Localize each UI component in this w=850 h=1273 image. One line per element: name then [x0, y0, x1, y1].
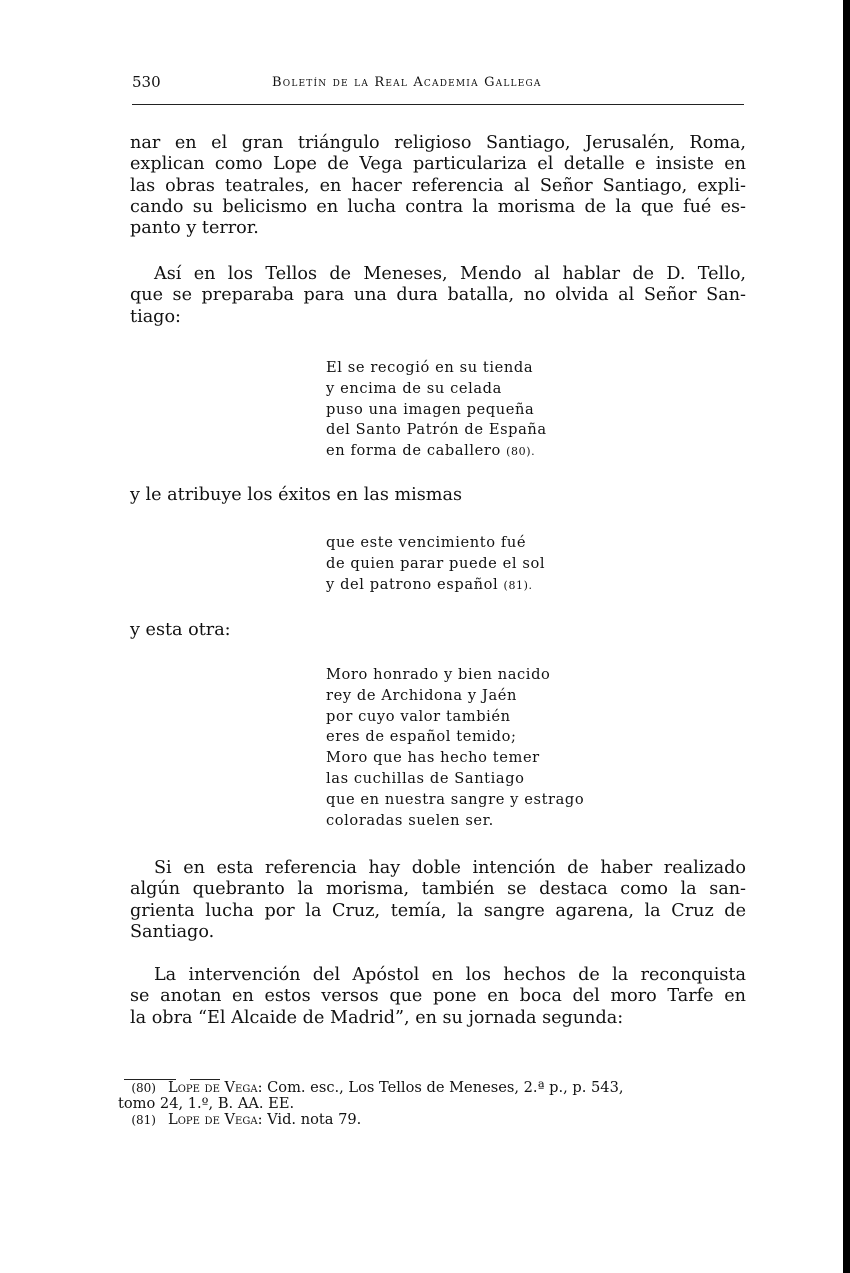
- text-line: explican como Lope de Vega particulariza…: [130, 154, 746, 175]
- text-line: Santiago.: [130, 922, 746, 943]
- footnote-number: (80): [118, 1080, 156, 1096]
- scan-edge-bar: [843, 0, 850, 1273]
- text-line: y le atribuye los éxitos en las mismas: [130, 485, 746, 506]
- verse-line: del Santo Patrón de España: [326, 420, 547, 441]
- text-line: se anotan en estos versos que pone en bo…: [130, 986, 746, 1007]
- connector-2: y esta otra:: [130, 620, 746, 641]
- footnote-author: Lope de Vega: [168, 1079, 258, 1096]
- text-line: la obra “El Alcaide de Madrid”, en su jo…: [130, 1008, 746, 1029]
- footnote-author: Lope de Vega: [168, 1111, 258, 1128]
- footnote-number: (81): [118, 1112, 156, 1128]
- footnote-ref: (80).: [506, 445, 535, 458]
- verse-line: coloradas suelen ser.: [326, 811, 584, 832]
- text-line: grienta lucha por la Cruz, temía, la san…: [130, 901, 746, 922]
- verse-quote-1: El se recogió en su tienda y encima de s…: [326, 358, 547, 463]
- text-line: algún quebranto la morisma, también se d…: [130, 879, 746, 900]
- text-line: panto y terror.: [130, 218, 746, 239]
- text-line: que se preparaba para una dura batalla, …: [130, 285, 746, 306]
- verse-line: eres de español temido;: [326, 727, 584, 748]
- footnote-80-continuation: tomo 24, 1.º, B. AA. EE.: [118, 1096, 758, 1112]
- verse-line: El se recogió en su tienda: [326, 358, 547, 379]
- footnote-81: (81)Lope de Vega: Vid. nota 79.: [118, 1112, 758, 1128]
- verse-line: y encima de su celada: [326, 379, 547, 400]
- text-line: las obras teatrales, en hacer referencia…: [130, 176, 746, 197]
- text-line: tiago:: [130, 307, 746, 328]
- verse-line: en forma de caballero (80).: [326, 441, 547, 463]
- text-line: Así en los Tellos de Meneses, Mendo al h…: [130, 264, 746, 285]
- header-rule: [132, 104, 744, 105]
- verse-line: rey de Archidona y Jaén: [326, 686, 584, 707]
- verse-line: que este vencimiento fué: [326, 533, 545, 554]
- text-line: La intervención del Apóstol en los hecho…: [130, 965, 746, 986]
- verse-line: Moro honrado y bien nacido: [326, 665, 584, 686]
- page-number: 530: [132, 73, 161, 91]
- footnote-text: : Com. esc., Los Tellos de Meneses, 2.ª …: [258, 1079, 624, 1096]
- paragraph-4: La intervención del Apóstol en los hecho…: [130, 965, 746, 1029]
- paragraph-2: Así en los Tellos de Meneses, Mendo al h…: [130, 264, 746, 328]
- verse-line: y del patrono español (81).: [326, 575, 545, 597]
- footnote-80: (80)Lope de Vega: Com. esc., Los Tellos …: [118, 1080, 758, 1096]
- text-line: y esta otra:: [130, 620, 746, 641]
- text-line: cando su belicismo en lucha contra la mo…: [130, 197, 746, 218]
- text-line: Si en esta referencia hay doble intenció…: [130, 858, 746, 879]
- paragraph-3: Si en esta referencia hay doble intenció…: [130, 858, 746, 943]
- verse-line: que en nuestra sangre y estrago: [326, 790, 584, 811]
- footnotes: (80)Lope de Vega: Com. esc., Los Tellos …: [118, 1080, 758, 1128]
- verse-line: puso una imagen pequeña: [326, 400, 547, 421]
- paragraph-1: nar en el gran triángulo religioso Santi…: [130, 133, 746, 239]
- footnote-text: : Vid. nota 79.: [258, 1111, 362, 1128]
- page-header: 530 Boletín de la Real Academia Gallega: [132, 70, 744, 94]
- verse-line: Moro que has hecho temer: [326, 748, 584, 769]
- verse-line: las cuchillas de Santiago: [326, 769, 584, 790]
- running-title: Boletín de la Real Academia Gallega: [272, 75, 542, 90]
- verse-line: de quien parar puede el sol: [326, 554, 545, 575]
- text-line: nar en el gran triángulo religioso Santi…: [130, 133, 746, 154]
- verse-quote-3: Moro honrado y bien nacido rey de Archid…: [326, 665, 584, 831]
- connector-1: y le atribuye los éxitos en las mismas: [130, 485, 746, 506]
- verse-line: por cuyo valor también: [326, 707, 584, 728]
- footnote-ref: (81).: [504, 579, 533, 592]
- verse-quote-2: que este vencimiento fué de quien parar …: [326, 533, 545, 596]
